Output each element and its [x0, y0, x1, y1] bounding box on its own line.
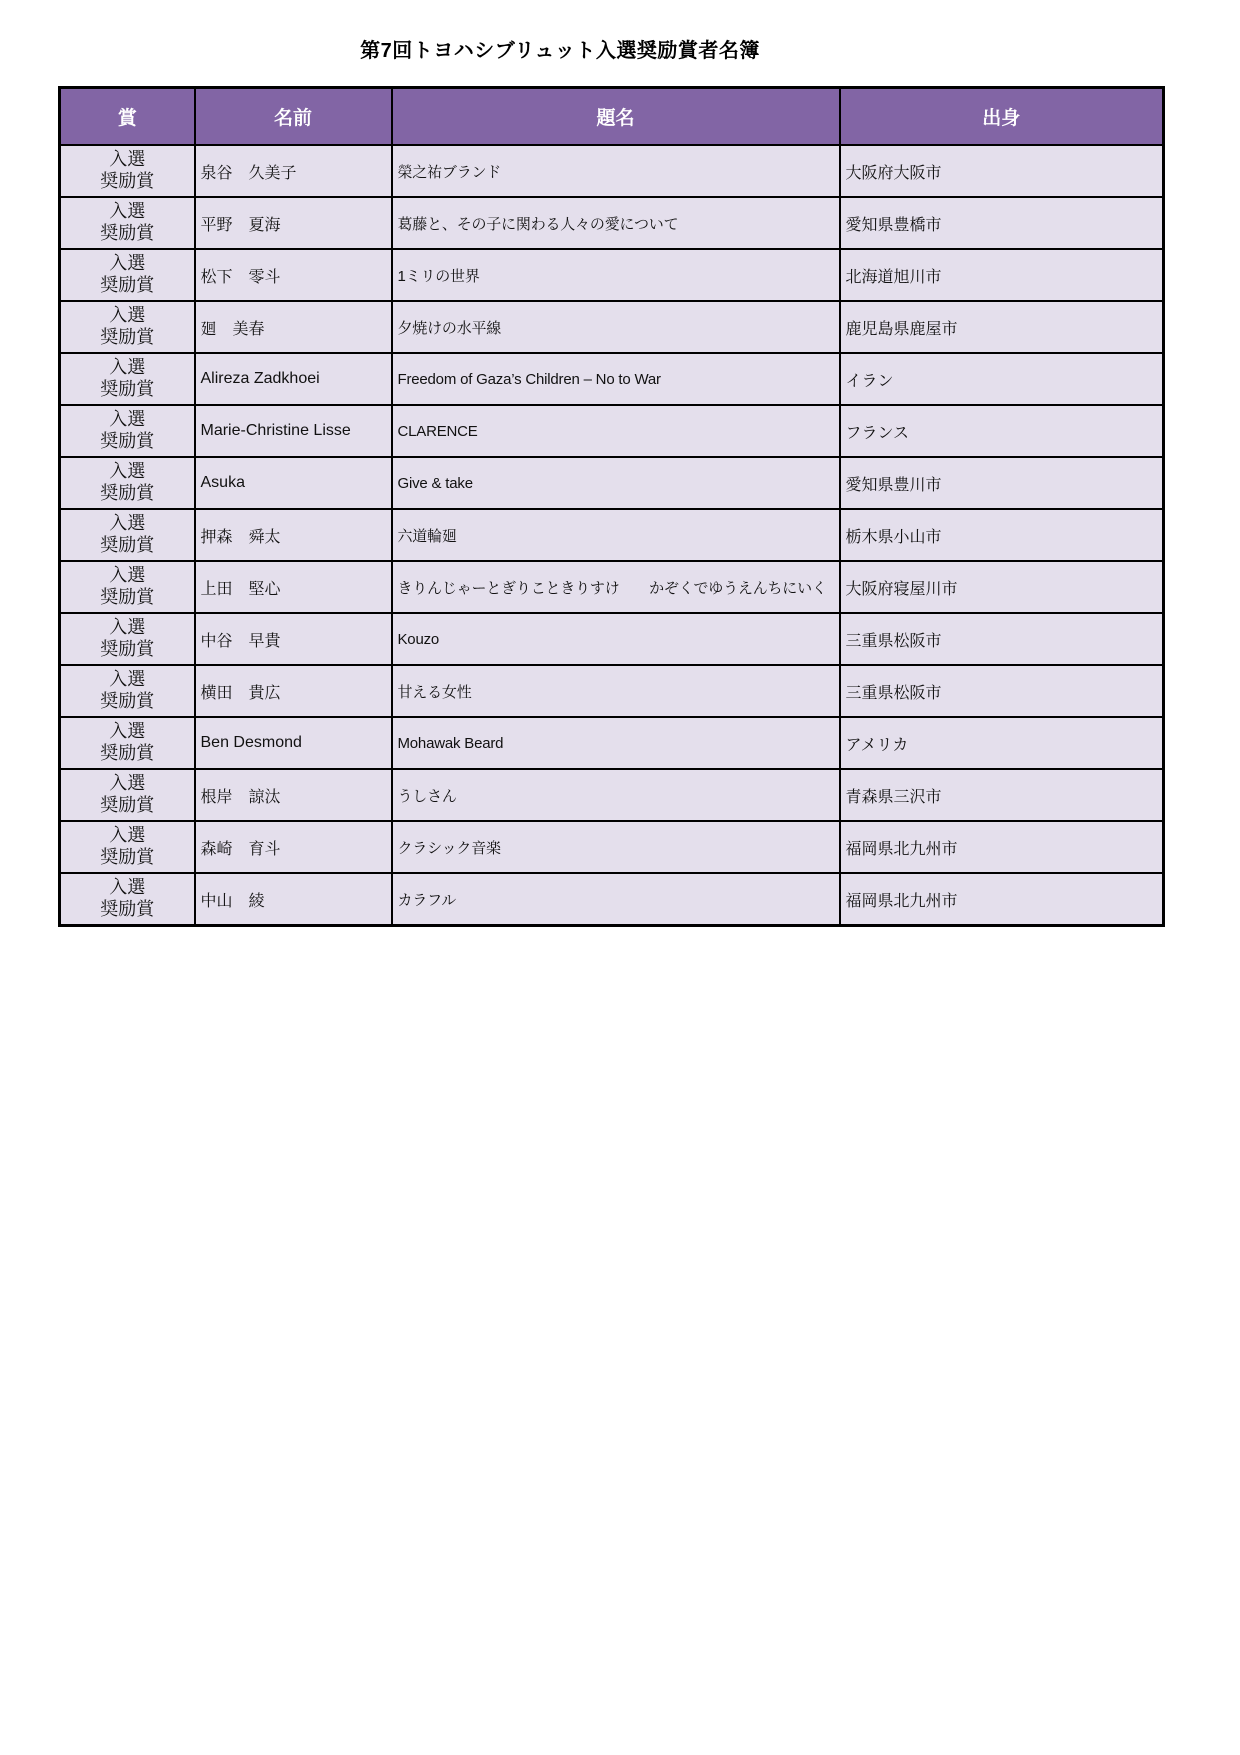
- column-header-title: 題名: [392, 88, 840, 146]
- award-cell: 入選 奨励賞: [60, 301, 195, 353]
- award-line-2: 奨励賞: [61, 223, 194, 245]
- title-cell: Give & take: [392, 457, 840, 509]
- table-row: 入選 奨励賞 中山 綾 カラフル 福岡県北九州市: [60, 873, 1164, 926]
- award-line-1: 入選: [61, 617, 194, 639]
- column-header-award: 賞: [60, 88, 195, 146]
- award-line-2: 奨励賞: [61, 587, 194, 609]
- award-line-2: 奨励賞: [61, 743, 194, 765]
- award-cell: 入選 奨励賞: [60, 665, 195, 717]
- award-line-1: 入選: [61, 357, 194, 379]
- award-line-1: 入選: [61, 461, 194, 483]
- origin-cell: 青森県三沢市: [840, 769, 1164, 821]
- table-row: 入選 奨励賞 廻 美春 夕焼けの水平線 鹿児島県鹿屋市: [60, 301, 1164, 353]
- origin-cell: 大阪府寝屋川市: [840, 561, 1164, 613]
- award-line-2: 奨励賞: [61, 535, 194, 557]
- award-line-2: 奨励賞: [61, 639, 194, 661]
- origin-cell: イラン: [840, 353, 1164, 405]
- name-cell: 横田 貴広: [195, 665, 392, 717]
- name-cell: Asuka: [195, 457, 392, 509]
- award-line-2: 奨励賞: [61, 327, 194, 349]
- award-line-1: 入選: [61, 305, 194, 327]
- origin-cell: 福岡県北九州市: [840, 821, 1164, 873]
- table-row: 入選 奨励賞 Alireza Zadkhoei Freedom of Gaza’…: [60, 353, 1164, 405]
- winners-table: 賞 名前 題名 出身 入選 奨励賞 泉谷 久美子 榮之祐ブランド 大阪府大阪市 …: [58, 86, 1165, 927]
- column-header-name: 名前: [195, 88, 392, 146]
- title-cell: 六道輪廻: [392, 509, 840, 561]
- table-body: 入選 奨励賞 泉谷 久美子 榮之祐ブランド 大阪府大阪市 入選 奨励賞 平野 夏…: [60, 145, 1164, 926]
- origin-cell: フランス: [840, 405, 1164, 457]
- award-line-1: 入選: [61, 513, 194, 535]
- origin-cell: 栃木県小山市: [840, 509, 1164, 561]
- origin-cell: 愛知県豊川市: [840, 457, 1164, 509]
- award-line-2: 奨励賞: [61, 275, 194, 297]
- name-cell: 押森 舜太: [195, 509, 392, 561]
- title-cell: 夕焼けの水平線: [392, 301, 840, 353]
- name-cell: 廻 美春: [195, 301, 392, 353]
- award-line-2: 奨励賞: [61, 847, 194, 869]
- name-cell: 平野 夏海: [195, 197, 392, 249]
- award-line-2: 奨励賞: [61, 379, 194, 401]
- title-cell: クラシック音楽: [392, 821, 840, 873]
- title-cell: うしさん: [392, 769, 840, 821]
- title-cell: 1ミリの世界: [392, 249, 840, 301]
- award-line-1: 入選: [61, 669, 194, 691]
- name-cell: 中谷 早貴: [195, 613, 392, 665]
- origin-cell: 三重県松阪市: [840, 665, 1164, 717]
- name-cell: 中山 綾: [195, 873, 392, 926]
- award-line-1: 入選: [61, 825, 194, 847]
- award-line-2: 奨励賞: [61, 171, 194, 193]
- title-cell: 甘える女性: [392, 665, 840, 717]
- title-cell: Kouzo: [392, 613, 840, 665]
- award-line-1: 入選: [61, 877, 194, 899]
- document-page: 第7回トヨハシブリュット入選奨励賞者名簿 賞 名前 題名 出身 入選 奨励賞 泉…: [0, 0, 1240, 1755]
- award-cell: 入選 奨励賞: [60, 717, 195, 769]
- origin-cell: 愛知県豊橋市: [840, 197, 1164, 249]
- award-line-1: 入選: [61, 773, 194, 795]
- origin-cell: アメリカ: [840, 717, 1164, 769]
- award-line-1: 入選: [61, 253, 194, 275]
- page-title: 第7回トヨハシブリュット入選奨励賞者名簿: [0, 34, 1120, 63]
- name-cell: 泉谷 久美子: [195, 145, 392, 197]
- table-row: 入選 奨励賞 押森 舜太 六道輪廻 栃木県小山市: [60, 509, 1164, 561]
- title-cell: きりんじゃーとぎりこときりすけ かぞくでゆうえんちにいく: [392, 561, 840, 613]
- award-cell: 入選 奨励賞: [60, 405, 195, 457]
- award-line-1: 入選: [61, 721, 194, 743]
- name-cell: 森崎 育斗: [195, 821, 392, 873]
- award-line-2: 奨励賞: [61, 431, 194, 453]
- title-cell: 榮之祐ブランド: [392, 145, 840, 197]
- table-row: 入選 奨励賞 根岸 諒汰 うしさん 青森県三沢市: [60, 769, 1164, 821]
- origin-cell: 北海道旭川市: [840, 249, 1164, 301]
- table-row: 入選 奨励賞 横田 貴広 甘える女性 三重県松阪市: [60, 665, 1164, 717]
- name-cell: 上田 堅心: [195, 561, 392, 613]
- award-cell: 入選 奨励賞: [60, 769, 195, 821]
- award-line-2: 奨励賞: [61, 691, 194, 713]
- title-cell: 葛藤と、その子に関わる人々の愛について: [392, 197, 840, 249]
- origin-cell: 鹿児島県鹿屋市: [840, 301, 1164, 353]
- award-line-2: 奨励賞: [61, 483, 194, 505]
- title-cell: CLARENCE: [392, 405, 840, 457]
- award-cell: 入選 奨励賞: [60, 873, 195, 926]
- table-row: 入選 奨励賞 泉谷 久美子 榮之祐ブランド 大阪府大阪市: [60, 145, 1164, 197]
- name-cell: 根岸 諒汰: [195, 769, 392, 821]
- table-row: 入選 奨励賞 Marie-Christine Lisse CLARENCE フラ…: [60, 405, 1164, 457]
- title-cell: Freedom of Gaza’s Children – No to War: [392, 353, 840, 405]
- name-cell: Ben Desmond: [195, 717, 392, 769]
- award-line-1: 入選: [61, 149, 194, 171]
- award-cell: 入選 奨励賞: [60, 613, 195, 665]
- award-line-1: 入選: [61, 201, 194, 223]
- award-cell: 入選 奨励賞: [60, 197, 195, 249]
- table-row: 入選 奨励賞 上田 堅心 きりんじゃーとぎりこときりすけ かぞくでゆうえんちにい…: [60, 561, 1164, 613]
- award-line-2: 奨励賞: [61, 795, 194, 817]
- award-cell: 入選 奨励賞: [60, 457, 195, 509]
- award-line-1: 入選: [61, 409, 194, 431]
- table-row: 入選 奨励賞 Asuka Give & take 愛知県豊川市: [60, 457, 1164, 509]
- title-cell: Mohawak Beard: [392, 717, 840, 769]
- table-row: 入選 奨励賞 平野 夏海 葛藤と、その子に関わる人々の愛について 愛知県豊橋市: [60, 197, 1164, 249]
- title-cell: カラフル: [392, 873, 840, 926]
- table-row: 入選 奨励賞 Ben Desmond Mohawak Beard アメリカ: [60, 717, 1164, 769]
- table-header-row: 賞 名前 題名 出身: [60, 88, 1164, 146]
- award-line-1: 入選: [61, 565, 194, 587]
- origin-cell: 三重県松阪市: [840, 613, 1164, 665]
- table-row: 入選 奨励賞 中谷 早貴 Kouzo 三重県松阪市: [60, 613, 1164, 665]
- award-cell: 入選 奨励賞: [60, 249, 195, 301]
- award-cell: 入選 奨励賞: [60, 509, 195, 561]
- award-cell: 入選 奨励賞: [60, 821, 195, 873]
- award-cell: 入選 奨励賞: [60, 561, 195, 613]
- award-cell: 入選 奨励賞: [60, 353, 195, 405]
- name-cell: Alireza Zadkhoei: [195, 353, 392, 405]
- table-row: 入選 奨励賞 松下 零斗 1ミリの世界 北海道旭川市: [60, 249, 1164, 301]
- name-cell: Marie-Christine Lisse: [195, 405, 392, 457]
- table-row: 入選 奨励賞 森崎 育斗 クラシック音楽 福岡県北九州市: [60, 821, 1164, 873]
- award-line-2: 奨励賞: [61, 899, 194, 921]
- name-cell: 松下 零斗: [195, 249, 392, 301]
- origin-cell: 大阪府大阪市: [840, 145, 1164, 197]
- origin-cell: 福岡県北九州市: [840, 873, 1164, 926]
- award-cell: 入選 奨励賞: [60, 145, 195, 197]
- column-header-origin: 出身: [840, 88, 1164, 146]
